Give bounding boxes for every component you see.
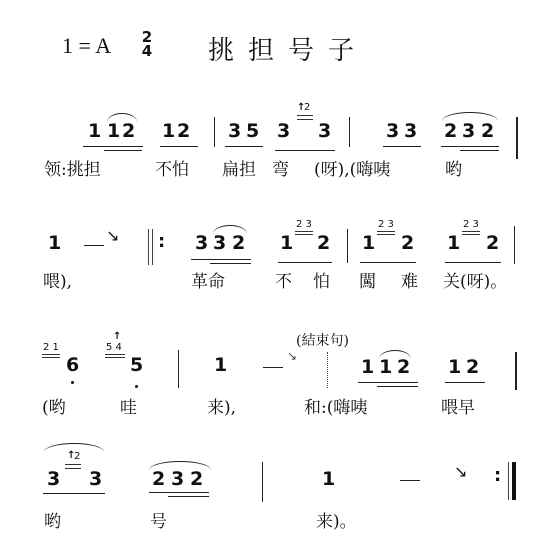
note: 3 [404,121,417,141]
grace-line [42,357,60,358]
note: 2 [317,233,330,253]
grace-line [105,354,125,355]
underline [358,382,418,383]
grace-line [297,119,313,120]
underline [445,382,485,383]
note: 1 [448,357,461,377]
underline [225,146,263,147]
lyric: (哟 [42,398,66,418]
grace-note: 2 3 [296,220,312,230]
low-octave-dot [135,385,138,388]
note: 2 [481,121,494,141]
repeat-end-sign: : [494,465,501,486]
note: 2 [152,469,165,489]
underline [275,150,335,151]
lyric: 革命 [191,272,225,292]
underline [278,262,332,263]
time-signature: 2 4 [140,30,154,58]
grace-note: 2 3 [378,220,394,230]
lyric: 哟 [445,160,462,180]
note: 2 [466,357,479,377]
note: 3 [386,121,399,141]
lyric: 不怕 [155,160,189,180]
underline [160,146,198,147]
note: 2 [177,121,190,141]
underline [445,262,501,263]
dash [84,245,104,246]
note: 5 [130,355,143,375]
dash [263,367,283,368]
note: 3 [89,469,102,489]
bar-line [214,117,215,147]
grace-line [65,468,81,469]
note: 6 [66,355,79,375]
grace-line [42,354,60,355]
lyric: (呀),(嗨咦 [314,160,390,180]
note: 3 [47,469,60,489]
note: 3 [213,233,226,253]
grace-note: 2 [304,103,310,113]
slur [213,225,247,234]
note: 1 [88,121,101,141]
note: 2 [397,357,410,377]
lyric: 不 [275,272,292,292]
grace-line [377,234,395,235]
lyric: 来), [207,398,236,418]
note: 1 [162,121,175,141]
note: 1 [361,357,374,377]
song-title: 挑担号子 [208,30,368,67]
glide-arrow-icon: ↘ [106,226,119,245]
note: 1 [48,233,61,253]
slur [107,113,137,122]
note: 3 [318,121,331,141]
end-phrase-annotation: (結束句) [296,330,349,350]
phrase-mark [327,352,328,388]
low-octave-dot [71,381,74,384]
grace-note: 2 [74,452,80,462]
underline [43,493,105,494]
time-signature-bottom: 4 [140,44,154,58]
underline [104,150,142,151]
lyric: 喂早 [441,398,475,418]
lyric: 号 [150,512,167,532]
lyric: 喂), [43,272,72,292]
lyric: 和:(嗨咦 [304,398,367,418]
note: 3 [277,121,290,141]
note: 1 [447,233,460,253]
grace-line [295,231,313,232]
note: 3 [462,121,475,141]
underline [441,146,499,147]
underline [83,146,143,147]
note: 1 [322,469,335,489]
note: 1 [214,355,227,375]
grace-line [462,234,480,235]
lyric: 怕 [313,272,330,292]
underline [377,386,418,387]
note: 2 [486,233,499,253]
grace-note: 2 3 [463,220,479,230]
underline [383,146,421,147]
bar-line [349,117,350,147]
grace-line [377,231,395,232]
lyric: 来)。 [316,512,357,532]
note: 2 [122,121,135,141]
underline [360,262,416,263]
grace-line [297,115,313,116]
grace-line [295,234,313,235]
note: 1 [107,121,120,141]
underline [149,492,209,493]
key-signature: 1 = A [62,33,111,59]
underline [210,263,251,264]
bar-line [262,462,263,502]
grace-line [105,357,125,358]
raise-arrow-icon: ↑ [113,331,121,342]
note: 2 [190,469,203,489]
slur [442,112,498,121]
note: 1 [362,233,375,253]
lyric: 扁担 [222,160,256,180]
underline [168,496,209,497]
lyric: 哇 [120,398,137,418]
note: 2 [232,233,245,253]
lyric: 关(呀)。 [443,272,507,292]
note: 1 [379,357,392,377]
note: 2 [401,233,414,253]
slur [379,350,411,359]
grace-note: 5 4 [106,343,122,353]
lyric: 哟 [44,512,61,532]
bar-line [514,226,515,264]
bar-line [516,117,518,159]
grace-line [65,464,81,465]
note: 1 [280,233,293,253]
bar-line [347,229,348,263]
repeat-start-sign: : [158,231,165,252]
note: 2 [444,121,457,141]
note: 3 [195,233,208,253]
bar-line [515,352,517,390]
note: 3 [228,121,241,141]
grace-note: 2 1 [43,343,59,353]
note: 3 [171,469,184,489]
repeat-bar-line [508,462,509,500]
underline [191,259,251,260]
lyric: 领:挑担 [44,160,101,180]
repeat-bar-line [152,229,153,265]
underline [460,150,499,151]
bar-line [178,350,179,388]
glide-arrow-icon: ↘ [287,349,297,363]
repeat-bar-line-thick [512,462,516,500]
lyric: 弯 [272,160,289,180]
lyric: 难 [401,272,418,292]
glide-arrow-icon: ↘ [454,462,467,481]
note: 5 [246,121,259,141]
repeat-bar-line [148,229,149,265]
grace-line [462,231,480,232]
lyric: 闖 [359,272,376,292]
dash [400,480,420,481]
